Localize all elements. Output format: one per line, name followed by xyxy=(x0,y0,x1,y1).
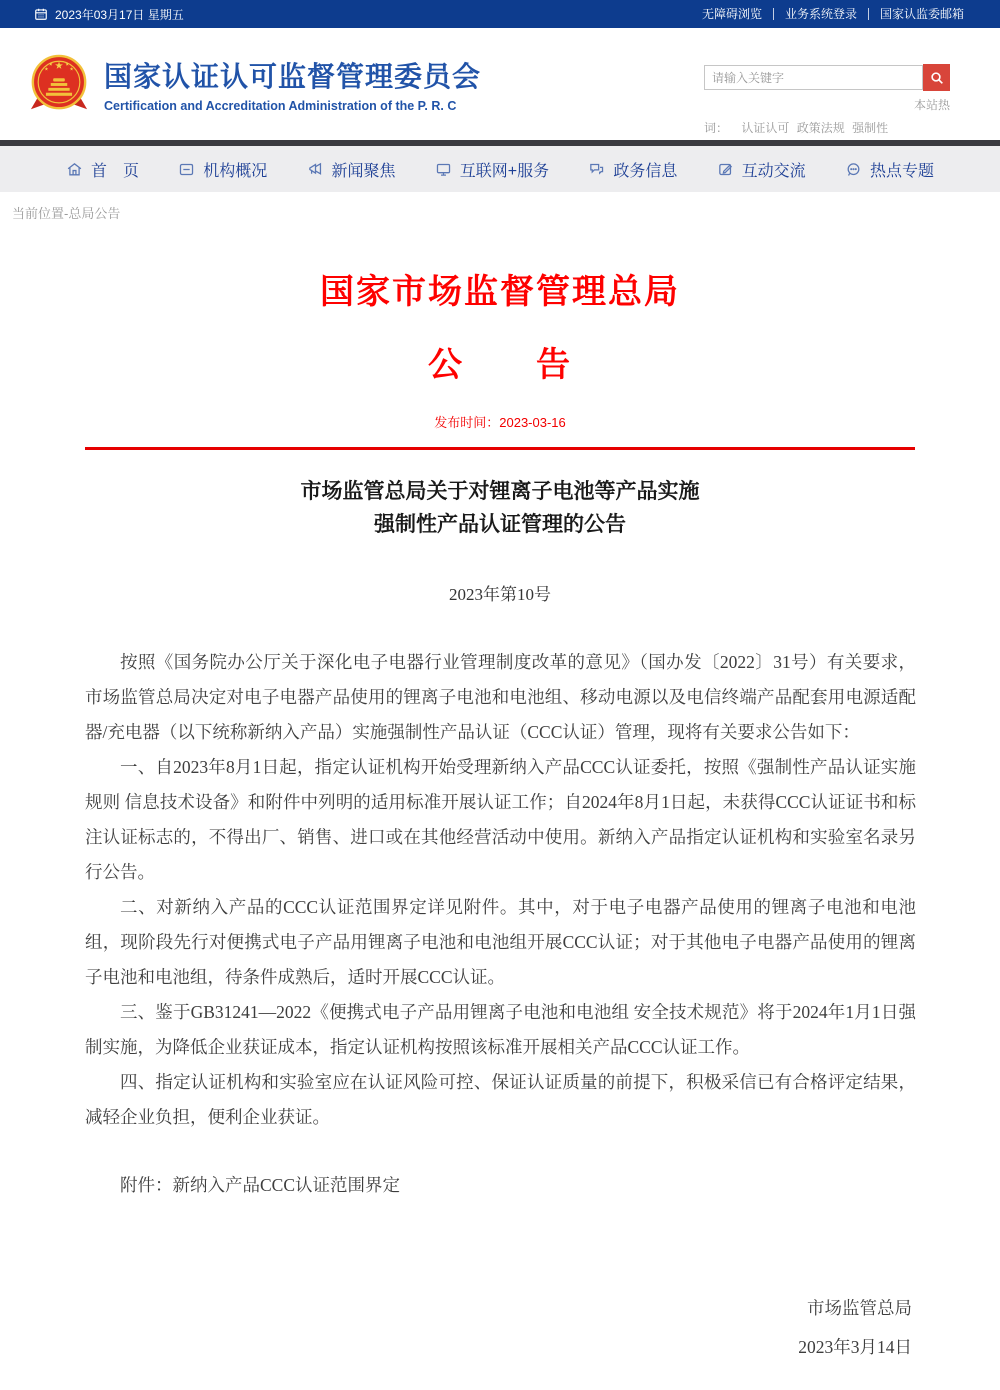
hotword-link-renzheng[interactable]: 认证认可 xyxy=(741,121,789,135)
red-divider-line xyxy=(85,447,915,450)
main-navigation: 首 页 机构概况 新闻聚焦 互联网+服务 政务信息 xyxy=(0,146,1000,192)
signature-name: 市场监管总局 xyxy=(0,1295,912,1320)
hotwords-label: 词： xyxy=(704,121,728,135)
search-input[interactable] xyxy=(704,65,923,90)
nav-label-gov-info: 政务信息 xyxy=(613,158,677,181)
article-paragraph: 按照《国务院办公厅关于深化电子电器行业管理制度改革的意见》（国办发〔2022〕3… xyxy=(85,645,916,750)
signature-block: 市场监管总局 2023年3月14日 xyxy=(0,1295,912,1359)
nav-item-hot-topics[interactable]: 热点专题 xyxy=(845,158,934,181)
monitor-icon xyxy=(435,161,452,178)
nav-item-interaction[interactable]: 互动交流 xyxy=(717,158,806,181)
hotwords-line1: 本站热 xyxy=(704,96,950,113)
nav-item-news[interactable]: 新闻聚焦 xyxy=(307,158,396,181)
nav-label-hot-topics: 热点专题 xyxy=(870,158,934,181)
national-emblem-logo xyxy=(28,53,90,115)
calendar-icon xyxy=(34,7,48,21)
hotwords-line2: 词： 认证认可 政策法规 强制性 xyxy=(704,119,950,136)
nav-item-services[interactable]: 互联网+服务 xyxy=(435,158,549,181)
nav-label-interaction: 互动交流 xyxy=(742,158,806,181)
top-utility-bar: 2023年03月17日 星期五 无障碍浏览 业务系统登录 国家认监委邮箱 xyxy=(0,0,1000,28)
signature-date: 2023年3月14日 xyxy=(0,1334,912,1359)
article-title-line1: 市场监管总局关于对锂离子电池等产品实施 xyxy=(0,475,1000,508)
hotword-link-zhengce[interactable]: 政策法规 xyxy=(797,121,845,135)
speech-bubbles-icon xyxy=(588,161,605,178)
accessibility-link[interactable]: 无障碍浏览 xyxy=(691,8,773,20)
search-button[interactable] xyxy=(923,64,950,91)
organization-icon xyxy=(178,161,195,178)
nav-label-about: 机构概况 xyxy=(203,158,267,181)
site-subtitle: Certification and Accreditation Administ… xyxy=(104,99,481,113)
chat-dots-icon xyxy=(845,161,862,178)
nav-item-about[interactable]: 机构概况 xyxy=(178,158,267,181)
site-title: 国家认证认可监督管理委员会 xyxy=(104,55,481,95)
article-body: 按照《国务院办公厅关于深化电子电器行业管理制度改革的意见》（国办发〔2022〕3… xyxy=(85,645,916,1135)
home-icon xyxy=(66,161,83,178)
nav-label-news: 新闻聚焦 xyxy=(332,158,396,181)
agency-title-line1: 国家市场监督管理总局 xyxy=(0,264,1000,313)
article-title: 市场监管总局关于对锂离子电池等产品实施 强制性产品认证管理的公告 xyxy=(0,475,1000,541)
article-paragraph: 四、指定认证机构和实验室应在认证风险可控、保证认证质量的前提下，积极采信已有合格… xyxy=(85,1065,916,1135)
article-paragraph: 二、对新纳入产品的CCC认证范围界定详见附件。其中，对于电子电器产品使用的锂离子… xyxy=(85,890,916,995)
cnca-mail-link[interactable]: 国家认监委邮箱 xyxy=(868,8,964,20)
hotword-link-qiangzhixing[interactable]: 强制性 xyxy=(852,121,888,135)
search-icon xyxy=(929,70,945,86)
nav-label-home: 首 页 xyxy=(91,158,139,181)
breadcrumb: 当前位置-总局公告 xyxy=(0,192,1000,224)
nav-item-home[interactable]: 首 页 xyxy=(66,158,139,181)
nav-label-services: 互联网+服务 xyxy=(460,158,549,181)
nav-item-gov-info[interactable]: 政务信息 xyxy=(588,158,677,181)
megaphone-icon xyxy=(307,161,324,178)
document-number: 2023年第10号 xyxy=(0,580,1000,605)
current-date: 2023年03月17日 星期五 xyxy=(55,6,184,23)
article-paragraph: 三、鉴于GB31241—2022《便携式电子产品用锂离子电池和电池组 安全技术规… xyxy=(85,995,916,1065)
site-search: 本站热 词： 认证认可 政策法规 强制性 xyxy=(704,64,950,136)
pencil-square-icon xyxy=(717,161,734,178)
article-paragraph: 一、自2023年8月1日起，指定认证机构开始受理新纳入产品CCC认证委托，按照《… xyxy=(85,750,916,890)
announcement-article: 国家市场监督管理总局 公 告 发布时间：2023-03-16 市场监管总局关于对… xyxy=(0,264,1000,1359)
article-title-line2: 强制性产品认证管理的公告 xyxy=(0,508,1000,541)
business-login-link[interactable]: 业务系统登录 xyxy=(773,8,868,20)
site-header: 国家认证认可监督管理委员会 Certification and Accredit… xyxy=(0,28,1000,140)
publish-time: 发布时间：2023-03-16 xyxy=(0,412,1000,431)
attachment-line: 附件：新纳入产品CCC认证范围界定 xyxy=(85,1168,916,1203)
agency-title-line2: 公 告 xyxy=(0,337,1000,386)
